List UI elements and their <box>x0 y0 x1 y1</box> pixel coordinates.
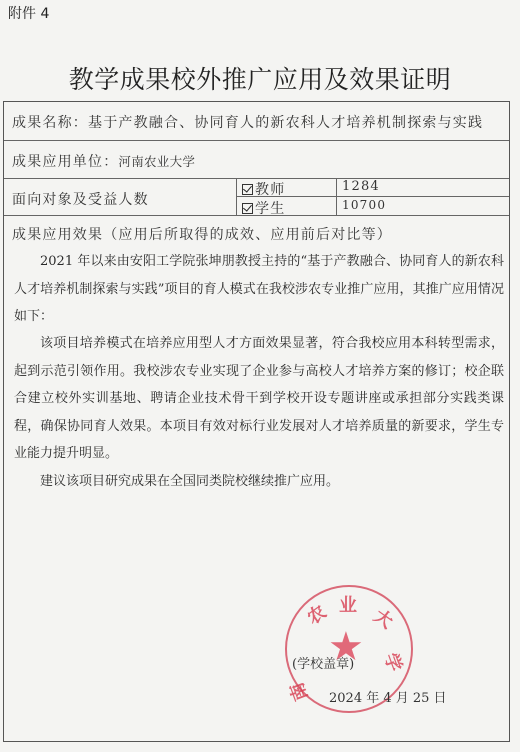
achievement-name-value: 基于产教融合、协同育人的新农科人才培养机制探索与实践 <box>88 115 483 131</box>
teacher-count: 1284 <box>342 179 380 194</box>
paragraph-intro: 2021 年以来由安阳工学院张坤朋教授主持的“基于产教融合、协同育人的新农科人才… <box>14 248 504 331</box>
divider <box>236 179 237 215</box>
unit-label: 成果应用单位： <box>12 154 118 170</box>
certificate-table: 成果名称：基于产教融合、协同育人的新农科人才培养机制探索与实践 成果应用单位：河… <box>3 101 510 742</box>
row-beneficiaries: 面向对象及受益人数 教师 1284 学生 10700 <box>4 179 509 216</box>
seal-label: (学校盖章) <box>292 653 354 672</box>
beneficiary-teacher: 教师 <box>242 179 285 199</box>
student-count: 10700 <box>342 198 386 212</box>
beneficiary-student: 学生 <box>242 198 285 218</box>
checkbox-checked-icon[interactable] <box>242 184 253 195</box>
beneficiaries-label: 面向对象及受益人数 <box>12 189 149 209</box>
date: 2024 年 4 月 25 日 <box>329 687 447 706</box>
checkbox-checked-icon[interactable] <box>242 203 253 214</box>
achievement-name-label: 成果名称： <box>12 115 88 131</box>
divider <box>336 179 337 215</box>
effect-label: 成果应用效果（应用后所取得的成效、应用前后对比等） <box>12 224 392 244</box>
document-title: 教学成果校外推广应用及效果证明 <box>0 60 520 96</box>
paragraph-recommendation: 建议该项目研究成果在全国同类院校继续推广应用。 <box>14 468 504 496</box>
unit-value: 河南农业大学 <box>118 154 195 169</box>
row-achievement-name: 成果名称：基于产教融合、协同育人的新农科人才培养机制探索与实践 <box>4 102 509 141</box>
paragraph-effect: 该项目培养模式在培养应用型人才方面效果显著，符合我校应用本科转型需求，起到示范引… <box>14 330 504 468</box>
attachment-label: 附件 4 <box>8 3 49 23</box>
row-application-unit: 成果应用单位：河南农业大学 <box>4 141 509 179</box>
